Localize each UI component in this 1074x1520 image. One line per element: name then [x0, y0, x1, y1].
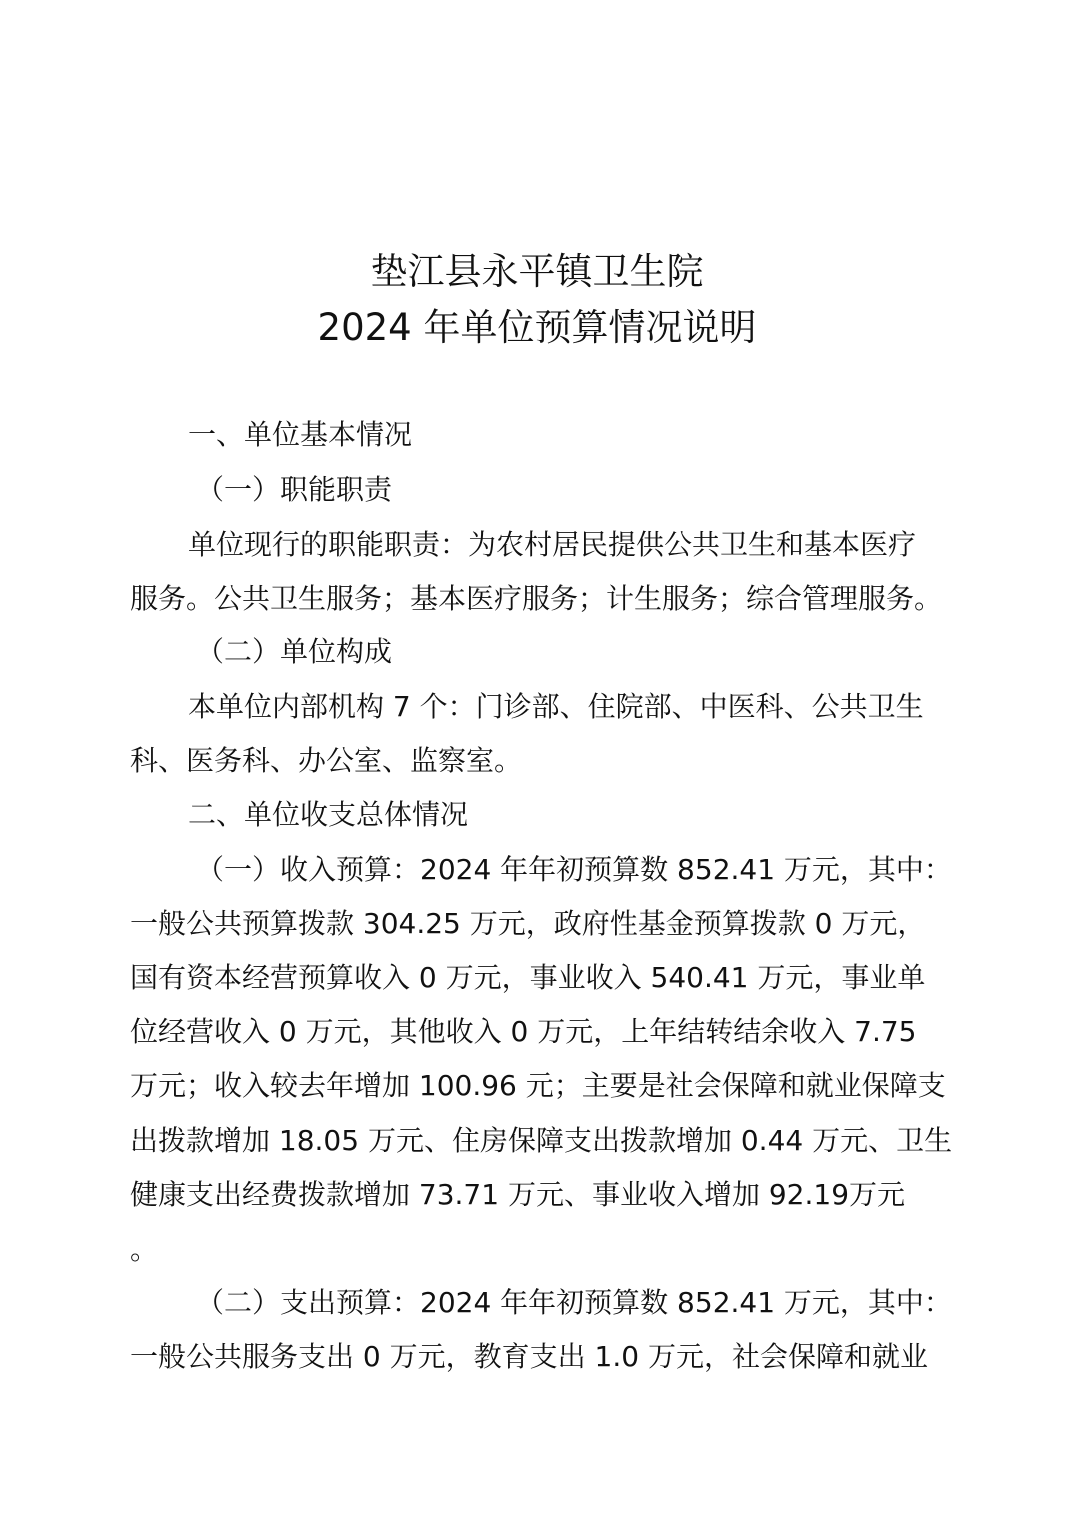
paragraph-expenditure-line-2: 一般公共服务支出 0 万元，教育支出 1.0 万元，社会保障和就业	[130, 1337, 928, 1377]
title-organization: 垫江县永平镇卫生院	[0, 244, 1074, 300]
paragraph-composition-line-1: 本单位内部机构 7 个：门诊部、住院部、中医科、公共卫生	[188, 687, 924, 727]
paragraph-expenditure-line-1: （二）支出预算：2024 年年初预算数 852.41 万元，其中：	[196, 1283, 952, 1323]
paragraph-income-line-6: 出拨款增加 18.05 万元、住房保障支出拨款增加 0.44 万元、卫生	[130, 1121, 952, 1161]
paragraph-income-line-4: 位经营收入 0 万元，其他收入 0 万元，上年结转结余收入 7.75	[130, 1012, 916, 1052]
paragraph-duties-line-1: 单位现行的职能职责：为农村居民提供公共卫生和基本医疗	[188, 525, 916, 565]
paragraph-composition-line-2: 科、医务科、办公室、监察室。	[130, 741, 522, 781]
paragraph-income-line-3: 国有资本经营预算收入 0 万元，事业收入 540.41 万元，事业单	[130, 958, 925, 998]
document-page: 垫江县永平镇卫生院 2024 年单位预算情况说明 一、单位基本情况 （一）职能职…	[0, 0, 1074, 1520]
paragraph-duties-line-2: 服务。公共卫生服务；基本医疗服务；计生服务；综合管理服务。	[130, 579, 942, 619]
title-subject: 2024 年单位预算情况说明	[0, 300, 1074, 356]
subsection-heading-duties: （一）职能职责	[196, 470, 392, 510]
section-heading-basic-info: 一、单位基本情况	[188, 415, 412, 455]
subsection-heading-composition: （二）单位构成	[196, 632, 392, 672]
paragraph-income-line-7: 健康支出经费拨款增加 73.71 万元、事业收入增加 92.19万元	[130, 1175, 905, 1215]
document-title: 垫江县永平镇卫生院 2024 年单位预算情况说明	[0, 244, 1074, 356]
paragraph-income-line-2: 一般公共预算拨款 304.25 万元，政府性基金预算拨款 0 万元，	[130, 904, 925, 944]
section-heading-budget-overview: 二、单位收支总体情况	[188, 795, 468, 835]
paragraph-income-line-1: （一）收入预算：2024 年年初预算数 852.41 万元，其中：	[196, 850, 952, 890]
paragraph-income-line-8: 。	[130, 1230, 158, 1270]
paragraph-income-line-5: 万元；收入较去年增加 100.96 元；主要是社会保障和就业保障支	[130, 1066, 946, 1106]
